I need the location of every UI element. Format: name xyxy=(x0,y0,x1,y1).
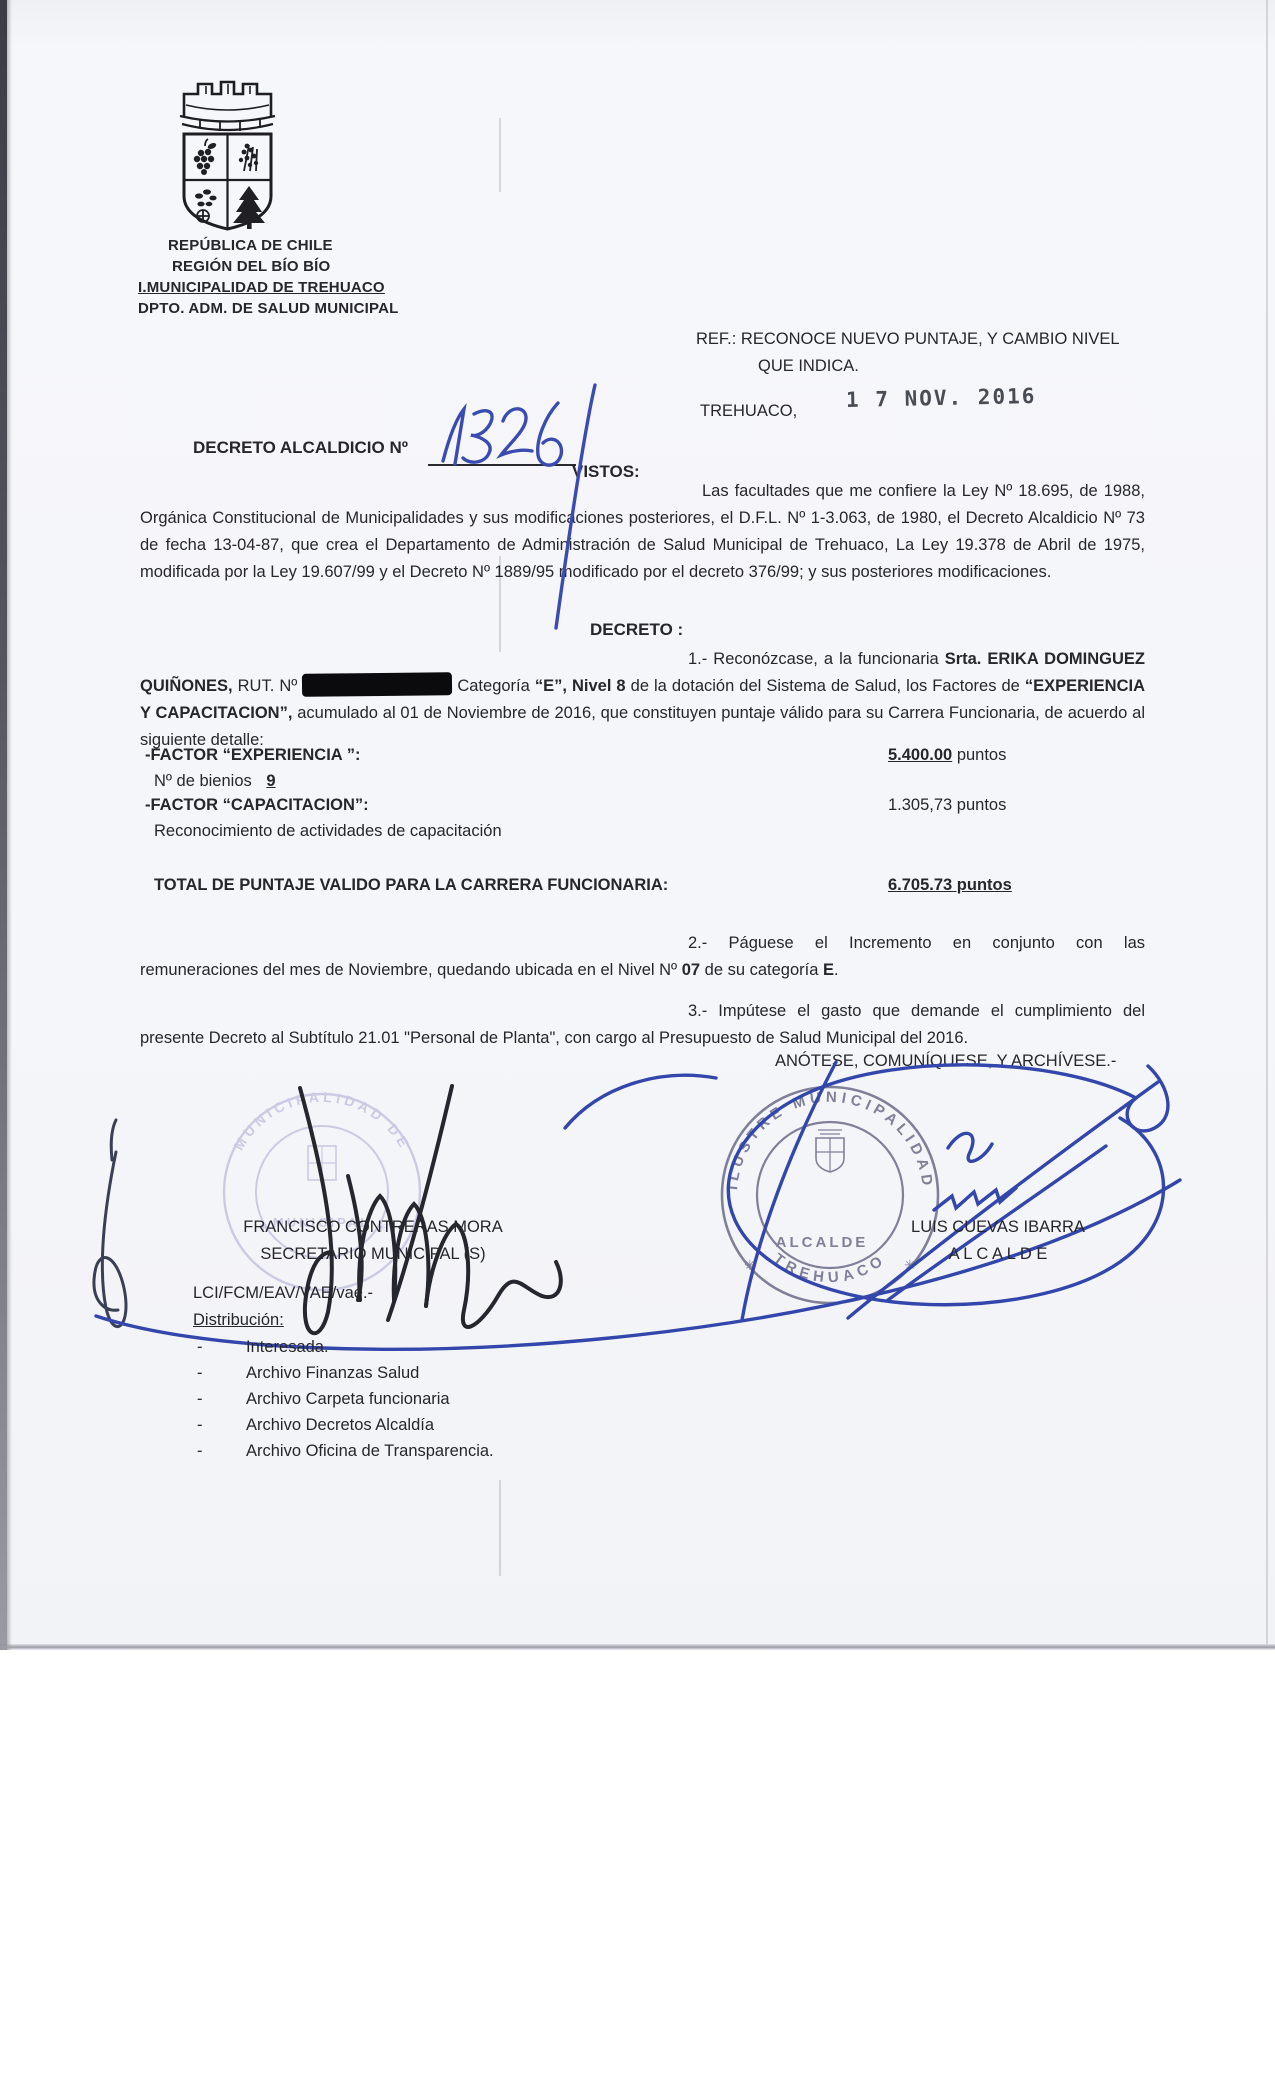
ref-line-2: QUE INDICA. xyxy=(758,357,859,376)
total-value: 6.705.73 puntos xyxy=(888,876,1012,895)
fold-line xyxy=(499,118,501,192)
item2-paragraph: 2.- Páguese el Incremento en conjunto co… xyxy=(140,930,1145,984)
factor-experiencia-label: -FACTOR “EXPERIENCIA ”: xyxy=(145,746,360,765)
alcalde-title: A L C A L D E xyxy=(858,1245,1138,1264)
list-bullet: - xyxy=(197,1442,203,1461)
item2-text: de su categoría xyxy=(705,961,819,979)
secretario-name: FRANCISCO CONTRERAS MORA xyxy=(218,1218,528,1237)
list-item: Archivo Oficina de Transparencia. xyxy=(246,1442,494,1461)
bienios-value: 9 xyxy=(266,772,275,790)
experiencia-points: 5.400.00 xyxy=(888,746,952,764)
item1-text: 1.- Reconózcase, a la funcionaria xyxy=(688,650,939,668)
item1-text: de la dotación del Sistema de Salud, los… xyxy=(631,677,1020,695)
scanned-decree-page: REPÚBLICA DE CHILE REGIÓN DEL BÍO BÍO I.… xyxy=(0,0,1275,2100)
distribution-label: Distribución: xyxy=(193,1311,284,1330)
scan-left-edge xyxy=(0,0,7,1650)
letterhead-country: REPÚBLICA DE CHILE xyxy=(168,237,333,254)
factor-capacitacion-label: -FACTOR “CAPACITACION”: xyxy=(145,796,369,815)
factor-capacitacion-value: 1.305,73 puntos xyxy=(888,796,1006,815)
item1-level-bold: Nivel 8 xyxy=(572,677,626,695)
decreto-heading: DECRETO : xyxy=(590,620,683,640)
rut-redaction-box: 9.768.934-4 xyxy=(302,672,452,697)
list-item: Archivo Finanzas Salud xyxy=(246,1364,419,1383)
item3-paragraph: 3.- Impútese el gasto que demande el cum… xyxy=(140,998,1145,1052)
fold-line xyxy=(499,1480,501,1576)
list-bullet: - xyxy=(197,1364,203,1383)
ref-place: TREHUACO, xyxy=(700,402,797,421)
list-item: Archivo Carpeta funcionaria xyxy=(246,1390,450,1409)
item2-period: . xyxy=(834,961,839,979)
bienios-label: Nº de bienios xyxy=(154,772,252,790)
list-bullet: - xyxy=(197,1390,203,1409)
scan-right-edge xyxy=(1266,0,1268,1644)
closing-formula: ANÓTESE, COMUNÍQUESE, Y ARCHÍVESE.- xyxy=(775,1052,1116,1071)
item2-text: 2.- Páguese el Incremento en conjunto co… xyxy=(140,934,1145,979)
secretario-title: SECRETARIO MUNICIPAL (S) xyxy=(218,1245,528,1264)
scan-left-edge-soft xyxy=(7,0,12,1650)
letterhead-department: DPTO. ADM. DE SALUD MUNICIPAL xyxy=(138,300,399,317)
decree-number-underline xyxy=(428,464,576,466)
item2-level-bold: 07 xyxy=(682,961,700,979)
alcalde-name: LUIS CUEVAS IBARRA xyxy=(858,1218,1138,1237)
list-item: Interesada. xyxy=(246,1338,329,1357)
list-bullet: - xyxy=(197,1338,203,1357)
item1-paragraph: 1.- Reconózcase, a la funcionaria Srta. … xyxy=(140,646,1145,754)
list-bullet: - xyxy=(197,1416,203,1435)
list-item: Archivo Decretos Alcaldía xyxy=(246,1416,434,1435)
item1-text: Categoría xyxy=(457,677,529,695)
letterhead-municipality: I.MUNICIPALIDAD DE TREHUACO xyxy=(138,279,385,296)
item2-category-bold: E xyxy=(823,961,834,979)
capacitacion-sub-label: Reconocimiento de actividades de capacit… xyxy=(154,822,502,841)
initials-line: LCI/FCM/EAV/VAE/vae.- xyxy=(193,1284,373,1303)
item1-rut-label: RUT. Nº xyxy=(238,677,298,695)
scan-bottom-edge xyxy=(0,1644,1275,1650)
decree-number-label: DECRETO ALCALDICIO Nº xyxy=(193,438,408,458)
vistos-paragraph: Las facultades que me confiere la Ley Nº… xyxy=(140,478,1145,586)
factor-experiencia-value: 5.400.00 puntos xyxy=(888,746,1006,765)
bienios-row: Nº de bienios 9 xyxy=(154,772,276,791)
municipal-coat-of-arms-icon xyxy=(170,78,285,238)
experiencia-unit: puntos xyxy=(952,746,1006,764)
ref-line-1: REF.: RECONOCE NUEVO PUNTAJE, Y CAMBIO N… xyxy=(696,330,1120,349)
letterhead-region: REGIÓN DEL BÍO BÍO xyxy=(172,258,330,275)
date-stamp: 1 7 NOV. 2016 xyxy=(846,384,1037,412)
total-label: TOTAL DE PUNTAJE VALIDO PARA LA CARRERA … xyxy=(154,876,668,895)
item1-category-bold: “E”, xyxy=(535,677,567,695)
